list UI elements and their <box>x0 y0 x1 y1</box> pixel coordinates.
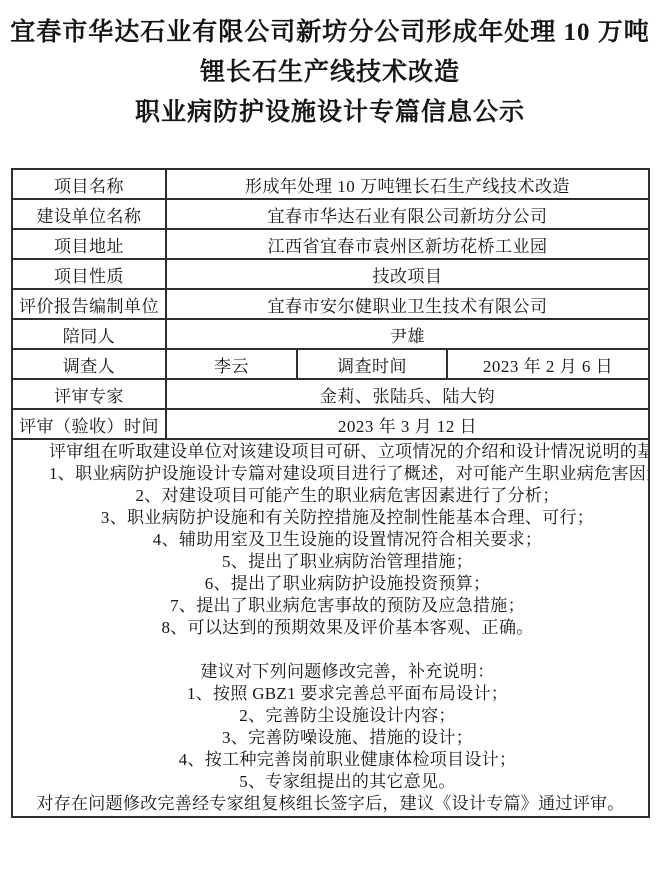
row-label: 评审（验收）时间 <box>12 409 166 439</box>
info-table: 项目名称 形成年处理 10 万吨锂长石生产线技术改造 建设单位名称 宜春市华达石… <box>11 168 650 818</box>
table-row: 调查人 李云 调查时间 2023 年 2 月 6 日 <box>12 349 649 379</box>
table-row: 项目地址 江西省宜春市袁州区新坊花桥工业园 <box>12 229 649 259</box>
suggestion-item: 2、完善防尘设施设计内容； <box>15 705 646 727</box>
opinion-conclusion: 对存在问题修改完善经专家组复核组长签字后，建议《设计专篇》通过评审。 <box>15 793 646 815</box>
title-line-1: 宜春市华达石业有限公司新坊分公司形成年处理 10 万吨 <box>0 13 660 53</box>
opinion-intro: 评审组在听取建设单位对该建设项目可研、立项情况的介绍和设计情况说明的基础上，查阅… <box>15 441 646 463</box>
suggestion-item: 3、完善防噪设施、措施的设计； <box>15 727 646 749</box>
row-value: 江西省宜春市袁州区新坊花桥工业园 <box>166 229 649 259</box>
row-value: 2023 年 3 月 12 日 <box>166 409 649 439</box>
review-opinion-cell: 评审组在听取建设单位对该建设项目可研、立项情况的介绍和设计情况说明的基础上，查阅… <box>12 439 649 817</box>
table-row: 建设单位名称 宜春市华达石业有限公司新坊分公司 <box>12 199 649 229</box>
opinion-item: 5、提出了职业病防治管理措施； <box>15 551 646 573</box>
suggestion-item: 4、按工种完善岗前职业健康体检项目设计； <box>15 749 646 771</box>
title-line-3: 职业病防护设施设计专篇信息公示 <box>0 93 660 133</box>
opinion-item: 2、对建设项目可能产生的职业病危害因素进行了分析； <box>15 485 646 507</box>
opinion-item: 8、可以达到的预期效果及评价基本客观、正确。 <box>15 617 646 639</box>
row-label: 建设单位名称 <box>12 199 166 229</box>
opinion-item: 1、职业病防护设施设计专篇对建设项目进行了概述，对可能产生职业病危害因素的工作场… <box>15 463 646 485</box>
table-row: 项目性质 技改项目 <box>12 259 649 289</box>
row-value: 宜春市安尔健职业卫生技术有限公司 <box>166 289 649 319</box>
row-value: 尹雄 <box>166 319 649 349</box>
opinion-item: 4、辅助用室及卫生设施的设置情况符合相关要求； <box>15 529 646 551</box>
table-row: 评审（验收）时间 2023 年 3 月 12 日 <box>12 409 649 439</box>
opinion-item: 3、职业病防护设施和有关防控措施及控制性能基本合理、可行； <box>15 507 646 529</box>
opinion-row: 评审组在听取建设单位对该建设项目可研、立项情况的介绍和设计情况说明的基础上，查阅… <box>12 439 649 817</box>
row-value: 形成年处理 10 万吨锂长石生产线技术改造 <box>166 169 649 199</box>
table-row: 评审专家 金莉、张陆兵、陆大钧 <box>12 379 649 409</box>
row-label-2: 调查时间 <box>297 349 447 379</box>
row-value: 技改项目 <box>166 259 649 289</box>
opinion-item: 6、提出了职业病防护设施投资预算； <box>15 573 646 595</box>
row-value: 李云 <box>166 349 297 379</box>
title-line-2: 锂长石生产线技术改造 <box>0 53 660 93</box>
row-value: 金莉、张陆兵、陆大钧 <box>166 379 649 409</box>
page-title: 宜春市华达石业有限公司新坊分公司形成年处理 10 万吨 锂长石生产线技术改造 职… <box>0 0 660 133</box>
document-page: 宜春市华达石业有限公司新坊分公司形成年处理 10 万吨 锂长石生产线技术改造 职… <box>0 0 660 885</box>
row-value: 宜春市华达石业有限公司新坊分公司 <box>166 199 649 229</box>
suggestion-item: 5、专家组提出的其它意见。 <box>15 771 646 793</box>
row-value-2: 2023 年 2 月 6 日 <box>447 349 649 379</box>
row-label: 评审专家 <box>12 379 166 409</box>
table-row: 评价报告编制单位 宜春市安尔健职业卫生技术有限公司 <box>12 289 649 319</box>
row-label: 项目性质 <box>12 259 166 289</box>
row-label: 评价报告编制单位 <box>12 289 166 319</box>
suggestion-item: 1、按照 GBZ1 要求完善总平面布局设计； <box>15 683 646 705</box>
row-label: 项目名称 <box>12 169 166 199</box>
table-row: 陪同人 尹雄 <box>12 319 649 349</box>
row-label: 陪同人 <box>12 319 166 349</box>
row-label: 项目地址 <box>12 229 166 259</box>
suggestion-intro: 建议对下列问题修改完善，补充说明： <box>15 661 646 683</box>
row-label: 调查人 <box>12 349 166 379</box>
table-row: 项目名称 形成年处理 10 万吨锂长石生产线技术改造 <box>12 169 649 199</box>
opinion-item: 7、提出了职业病危害事故的预防及应急措施； <box>15 595 646 617</box>
